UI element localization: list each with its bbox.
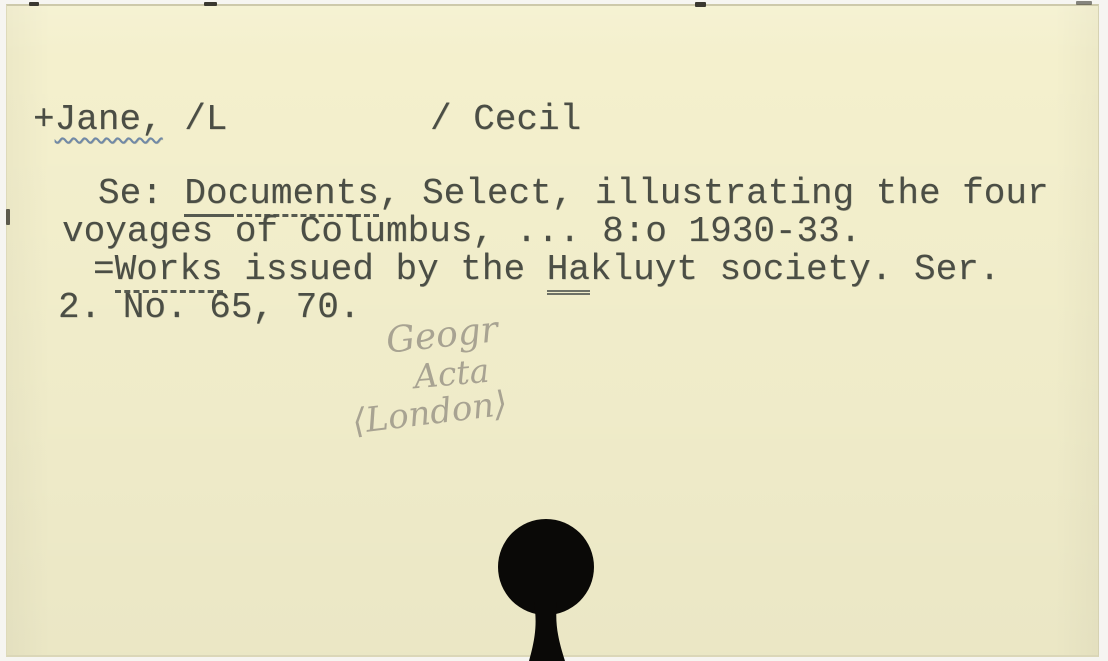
- scan-artifact-tick: [1076, 1, 1092, 5]
- series-society-underlined: Ha: [547, 249, 590, 295]
- series-line-1: =Works issued by the Hakluyt society. Se…: [93, 252, 1000, 288]
- heading-qualifier: /L: [163, 99, 228, 140]
- scan-artifact-tick: [6, 209, 10, 225]
- series-mid: issued by the: [223, 249, 547, 290]
- heading-line: +Jane, /L: [33, 102, 227, 138]
- added-entry-marker: +: [33, 99, 55, 140]
- catalog-card-scan: +Jane, /L / Cecil Se: Documents, Select,…: [0, 0, 1108, 661]
- reference-line-2: voyages of Columbus, ... 8:o 1930-33.: [62, 214, 861, 250]
- scan-artifact-tick: [695, 2, 706, 7]
- punch-hole-circle: [498, 519, 594, 615]
- series-equals-sign: =: [93, 249, 115, 290]
- heading-entry-name: Jane,: [55, 99, 163, 140]
- series-line-2: 2. No. 65, 70.: [58, 290, 360, 326]
- punch-hole: [492, 514, 602, 661]
- series-rest: kluyt society. Ser.: [590, 249, 1000, 290]
- heading-forename: / Cecil: [430, 102, 581, 138]
- scan-artifact-tick: [29, 2, 39, 6]
- reference-line-1: Se: Documents, Select, illustrating the …: [98, 176, 1049, 212]
- reference-prefix: Se:: [98, 173, 184, 214]
- reference-title-rest: , Select, illustrating the four: [379, 173, 1049, 214]
- scan-artifact-tick: [204, 2, 217, 6]
